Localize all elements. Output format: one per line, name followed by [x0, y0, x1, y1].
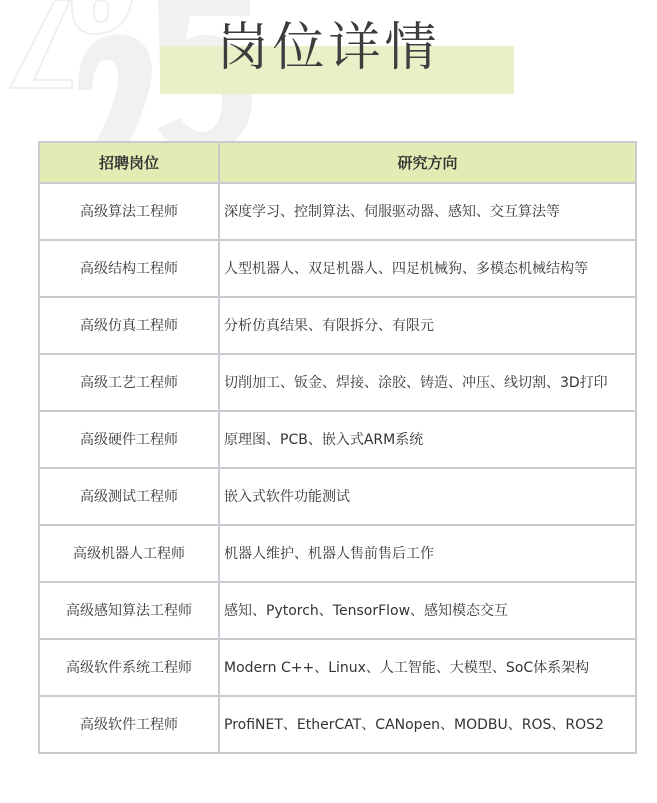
position-cell: 高级硬件工程师	[39, 411, 219, 468]
table-row: 高级感知算法工程师 感知、Pytorch、TensorFlow、感知模态交互	[39, 582, 636, 639]
table-row: 高级硬件工程师 原理图、PCB、嵌入式ARM系统	[39, 411, 636, 468]
job-details-table: 招聘岗位 研究方向 高级算法工程师 深度学习、控制算法、伺服驱动器、感知、交互算…	[38, 141, 637, 754]
direction-cell: 切削加工、钣金、焊接、涂胶、铸造、冲压、线切割、3D打印	[219, 354, 636, 411]
direction-cell: 深度学习、控制算法、伺服驱动器、感知、交互算法等	[219, 183, 636, 240]
position-cell: 高级软件工程师	[39, 696, 219, 753]
table-row: 高级机器人工程师 机器人维护、机器人售前售后工作	[39, 525, 636, 582]
position-cell: 高级软件系统工程师	[39, 639, 219, 696]
position-cell: 高级测试工程师	[39, 468, 219, 525]
table-row: 高级工艺工程师 切削加工、钣金、焊接、涂胶、铸造、冲压、线切割、3D打印	[39, 354, 636, 411]
table-row: 高级软件系统工程师 Modern C++、Linux、人工智能、大模型、SoC体…	[39, 639, 636, 696]
header-research-direction: 研究方向	[219, 142, 636, 183]
position-cell: 高级算法工程师	[39, 183, 219, 240]
table-row: 高级测试工程师 嵌入式软件功能测试	[39, 468, 636, 525]
table-row: 高级仿真工程师 分析仿真结果、有限拆分、有限元	[39, 297, 636, 354]
direction-cell: 机器人维护、机器人售前售后工作	[219, 525, 636, 582]
position-cell: 高级机器人工程师	[39, 525, 219, 582]
table-row: 高级算法工程师 深度学习、控制算法、伺服驱动器、感知、交互算法等	[39, 183, 636, 240]
direction-cell: Modern C++、Linux、人工智能、大模型、SoC体系架构	[219, 639, 636, 696]
header-position: 招聘岗位	[39, 142, 219, 183]
table-row: 高级结构工程师 人型机器人、双足机器人、四足机械狗、多模态机械结构等	[39, 240, 636, 297]
direction-cell: ProfiNET、EtherCAT、CANopen、MODBU、ROS、ROS2	[219, 696, 636, 753]
position-cell: 高级工艺工程师	[39, 354, 219, 411]
page-title: 岗位详情	[0, 18, 657, 78]
position-cell: 高级感知算法工程师	[39, 582, 219, 639]
position-cell: 高级结构工程师	[39, 240, 219, 297]
direction-cell: 分析仿真结果、有限拆分、有限元	[219, 297, 636, 354]
table-header-row: 招聘岗位 研究方向	[39, 142, 636, 183]
direction-cell: 人型机器人、双足机器人、四足机械狗、多模态机械结构等	[219, 240, 636, 297]
direction-cell: 原理图、PCB、嵌入式ARM系统	[219, 411, 636, 468]
position-cell: 高级仿真工程师	[39, 297, 219, 354]
direction-cell: 感知、Pytorch、TensorFlow、感知模态交互	[219, 582, 636, 639]
table-row: 高级软件工程师 ProfiNET、EtherCAT、CANopen、MODBU、…	[39, 696, 636, 753]
direction-cell: 嵌入式软件功能测试	[219, 468, 636, 525]
